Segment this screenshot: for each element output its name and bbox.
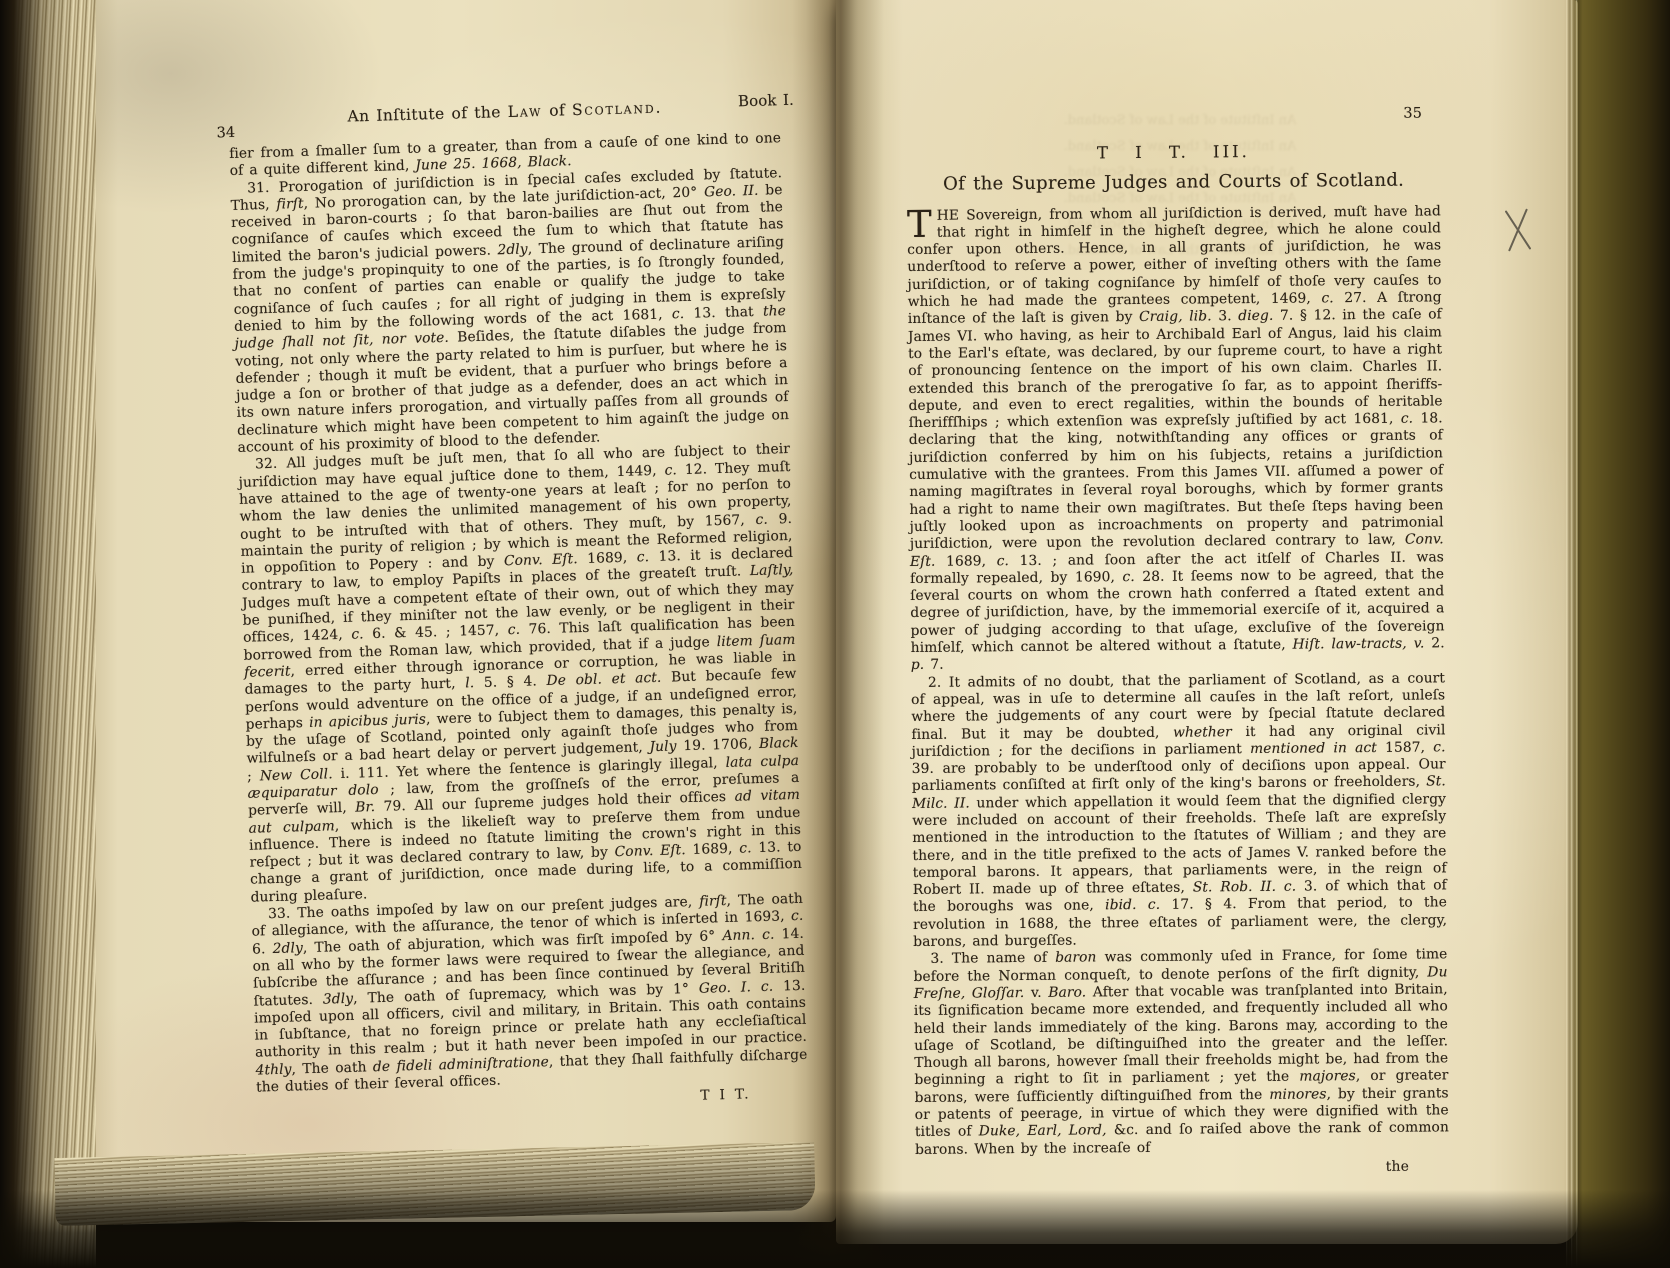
drop-cap: T [907,207,937,238]
title-number: T I T. III. [906,141,1440,163]
book-label: Book I. [738,92,794,111]
book-scan: An Inſtitute of the Law of Scotland. An … [0,0,1670,1268]
running-header-period: . [655,99,661,117]
running-header-pre: An Inſtitute of the [347,103,508,126]
running-header-law: Law [508,102,543,121]
paragraph-32: 32. All judges muſt be juſt men, that ſo… [238,441,803,906]
paragraph-33: 33. The oaths impoſed by law on our preſ… [251,891,808,1097]
page-number: 35 [1403,105,1422,122]
paragraph-2: 2. It admits of no doubt, that the parli… [911,670,1447,951]
handwritten-x-mark [1500,206,1536,252]
section-title: Of the Supreme Judges and Courts of Scot… [907,172,1441,194]
page-stack-edge-left [0,0,96,1268]
right-page-text: 35 T I T. III. Of the Supreme Judges and… [906,105,1449,1180]
shadow [0,1190,1670,1268]
left-page-text: 34 An Inſtitute of the Law of Scotland. … [228,96,809,1118]
paragraph-3: 3. The name of baron was commonly uſed i… [913,947,1449,1159]
running-header-scotland: Scotland [572,99,656,119]
running-header-of: of [542,101,572,120]
paragraph-31: 31. Prorogation of juriſdiction is in ſp… [230,165,790,458]
book-cover-edge-right [1566,0,1670,1268]
page-number: 34 [216,125,235,143]
paragraph-1: THE Sovereign, from whom all juriſdictio… [907,203,1445,675]
